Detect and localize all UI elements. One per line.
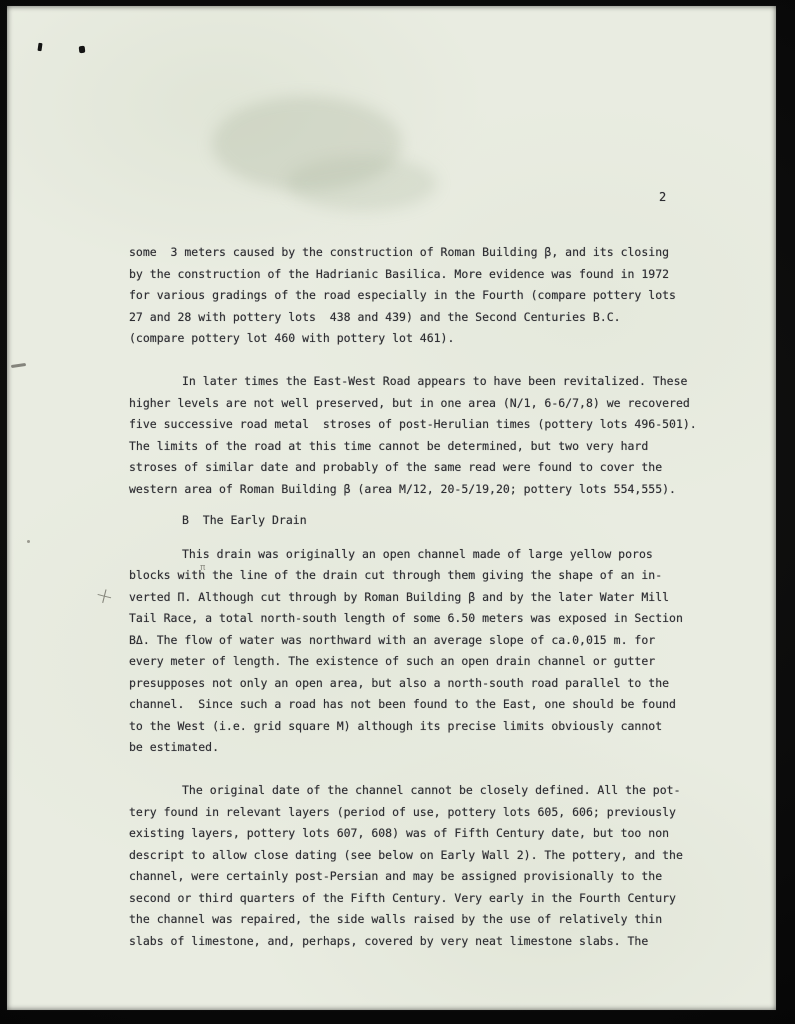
- text-line: descript to allow close dating (see belo…: [129, 845, 714, 867]
- paragraph: The original date of the channel cannot …: [129, 780, 714, 952]
- page-number: 2: [659, 190, 666, 204]
- text-line: by the construction of the Hadrianic Bas…: [129, 264, 714, 286]
- ink-speck: [37, 43, 42, 51]
- text-line: higher levels are not well preserved, bu…: [129, 393, 714, 415]
- text-line: blocks with the line of the drain cut th…: [129, 565, 714, 587]
- text-line: presupposes not only an open area, but a…: [129, 673, 714, 695]
- text-line: slabs of limestone, and, perhaps, covere…: [129, 931, 714, 953]
- document-body: some 3 meters caused by the construction…: [129, 242, 714, 952]
- text-line: The limits of the road at this time cann…: [129, 436, 714, 458]
- text-line: second or third quarters of the Fifth Ce…: [129, 888, 714, 910]
- text-line: be estimated.: [129, 737, 714, 759]
- text-line: 27 and 28 with pottery lots 438 and 439)…: [129, 307, 714, 329]
- text-line: every meter of length. The existence of …: [129, 651, 714, 673]
- text-line: BΔ. The flow of water was northward with…: [129, 630, 714, 652]
- text-line: Tail Race, a total north-south length of…: [129, 608, 714, 630]
- text-line: The original date of the channel cannot …: [129, 780, 714, 802]
- pencil-dash-mark: [11, 363, 26, 368]
- text-line: the channel was repaired, the side walls…: [129, 909, 714, 931]
- text-line: In later times the East-West Road appear…: [129, 371, 714, 393]
- pencil-plus-mark: +: [92, 582, 116, 611]
- paragraph: some 3 meters caused by the construction…: [129, 242, 714, 350]
- text-line: channel, were certainly post-Persian and…: [129, 866, 714, 888]
- text-line: western area of Roman Building β (area M…: [129, 479, 714, 501]
- text-line: some 3 meters caused by the construction…: [129, 242, 714, 264]
- text-line: stroses of similar date and probably of …: [129, 457, 714, 479]
- text-line: five successive road metal stroses of po…: [129, 414, 714, 436]
- text-line: for various gradings of the road especia…: [129, 285, 714, 307]
- paragraph: In later times the East-West Road appear…: [129, 371, 714, 500]
- pencil-dot-mark: [27, 540, 30, 543]
- text-line: (compare pottery lot 460 with pottery lo…: [129, 328, 714, 350]
- text-line: This drain was originally an open channe…: [129, 544, 714, 566]
- text-line: tery found in relevant layers (period of…: [129, 802, 714, 824]
- handwritten-pi-note: π: [200, 563, 205, 573]
- text-line: verted Π. Although cut through by Roman …: [129, 587, 714, 609]
- text-line: channel. Since such a road has not been …: [129, 694, 714, 716]
- bleed-through-smudge: [212, 96, 402, 191]
- text-line: existing layers, pottery lots 607, 608) …: [129, 823, 714, 845]
- text-line: to the West (i.e. grid square M) althoug…: [129, 716, 714, 738]
- text-line: B The Early Drain: [129, 510, 714, 532]
- photo-frame: 2 some 3 meters caused by the constructi…: [0, 0, 795, 1024]
- section-heading: B The Early Drain: [129, 510, 714, 532]
- document-page: 2 some 3 meters caused by the constructi…: [7, 6, 776, 1010]
- bleed-through-smudge: [287, 156, 437, 211]
- paragraph: This drain was originally an open channe…: [129, 544, 714, 759]
- ink-speck: [79, 46, 86, 54]
